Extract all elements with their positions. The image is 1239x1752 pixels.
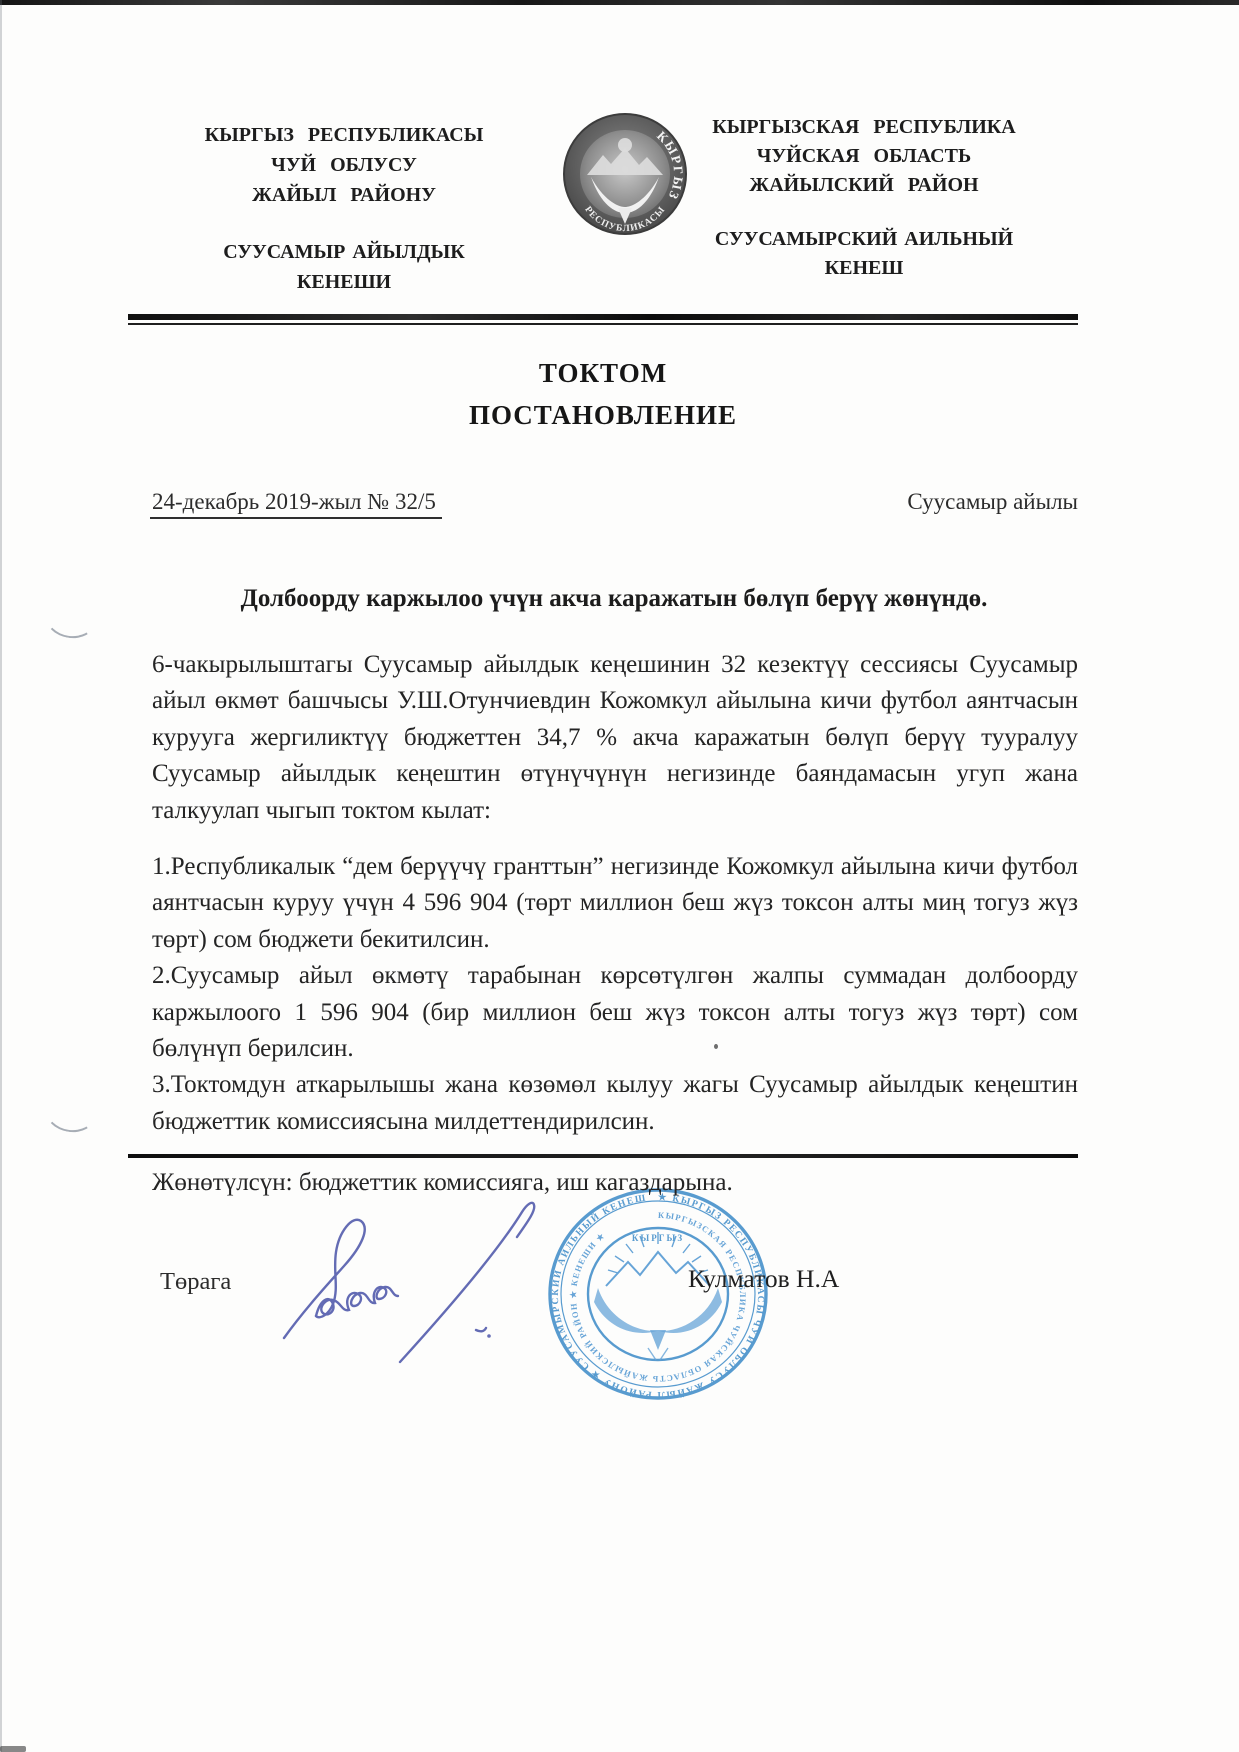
official-blue-seal: ★ КЫРГЫЗ РЕСПУБЛИКАСЫ ЧУЙ ОБЛУСУ ЖАЙЫЛ Р… bbox=[536, 1180, 780, 1408]
letterhead-line: ЧУЙСКАЯ ОБЛАСТЬ bbox=[694, 142, 1034, 171]
letterhead-org-line: КЕНЕШИ bbox=[148, 267, 540, 297]
letterhead-line: ЖАЙЫЛСКИЙ РАЙОН bbox=[694, 171, 1034, 200]
header-divider-rule bbox=[128, 314, 1078, 325]
seal-eagle-right-wing bbox=[659, 1288, 722, 1333]
resolution-item-2: 2.Суусамыр айыл өкмөтү тарабынан көрсөтү… bbox=[152, 958, 1078, 1067]
scan-left-edge bbox=[0, 0, 2, 1752]
intro-paragraph: 6-чакырылыштагы Суусамыр айылдык кеңешин… bbox=[152, 647, 1078, 829]
resolution-items: 1.Республикалык “дем берүүчү гранттын” н… bbox=[152, 849, 1078, 1140]
letterhead-line: КЫРГЫЗСКАЯ РЕСПУБЛИКА bbox=[694, 113, 1034, 142]
divider-thin-line bbox=[128, 323, 1078, 325]
letterhead-russian: КЫРГЫЗСКАЯ РЕСПУБЛИКА ЧУЙСКАЯ ОБЛАСТЬ ЖА… bbox=[694, 113, 1034, 283]
letterhead-org-line: СУУСАМЫР АЙЫЛДЫК bbox=[148, 237, 540, 267]
letterhead-org-line: СУУСАМЫРСКИЙ АИЛЬНЫЙ bbox=[694, 225, 1034, 254]
resolution-item-3: 3.Токтомдун аткарылышы жана көзөмөл кылу… bbox=[152, 1067, 1078, 1140]
letterhead-org: СУУСАМЫРСКИЙ АИЛЬНЫЙ КЕНЕШ bbox=[694, 225, 1034, 283]
subject-heading: Долбоорду каржылоо үчүн акча каражатын б… bbox=[150, 585, 1078, 613]
scanned-decree-page: КЫРГЫЗ РЕСПУБЛИКАСЫ ЧУЙ ОБЛУСУ ЖАЙЫЛ РАЙ… bbox=[0, 0, 1239, 1752]
resolution-item-1: 1.Республикалык “дем берүүчү гранттын” н… bbox=[152, 849, 1078, 958]
seal-eagle-left-wing bbox=[594, 1288, 657, 1333]
seal-eagle-tail bbox=[650, 1330, 666, 1350]
meta-row: 24-декабрь 2019-жыл № 32/5 Суусамыр айыл… bbox=[150, 489, 1078, 519]
letterhead-line: ЖАЙЫЛ РАЙОНУ bbox=[148, 180, 540, 210]
punch-hole-mark bbox=[44, 597, 99, 642]
signer-name: Кулматов Н.А bbox=[688, 1264, 839, 1294]
svg-text:★ КЫРГЫЗ РЕСПУБЛИКАСЫ ЧУЙ ОБЛУ: ★ КЫРГЫЗ РЕСПУБЛИКАСЫ ЧУЙ ОБЛУСУ ЖАЙЫЛ Р… bbox=[551, 1192, 765, 1400]
footer-divider-rule bbox=[128, 1154, 1078, 1158]
title-russian: ПОСТАНОВЛЕНИЕ bbox=[128, 394, 1078, 436]
letterhead-line: ЧУЙ ОБЛУСУ bbox=[148, 150, 540, 180]
seal-outer-ring-text: ★ КЫРГЫЗ РЕСПУБЛИКАСЫ ЧУЙ ОБЛУСУ ЖАЙЫЛ Р… bbox=[551, 1192, 765, 1400]
letterhead-kyrgyz: КЫРГЫЗ РЕСПУБЛИКАСЫ ЧУЙ ОБЛУСУ ЖАЙЫЛ РАЙ… bbox=[148, 120, 540, 297]
letterhead-org-line: КЕНЕШ bbox=[694, 254, 1034, 283]
signer-role: Төрага bbox=[160, 1268, 231, 1296]
title-kyrgyz: ТОКТОМ bbox=[128, 352, 1078, 394]
seal-center-top-text: КЫРГЫЗ bbox=[632, 1233, 684, 1243]
divider-thick-line bbox=[128, 314, 1078, 320]
place-label: Суусамыр айылы bbox=[907, 489, 1078, 515]
scan-smudge bbox=[0, 1746, 26, 1752]
document-title: ТОКТОМ ПОСТАНОВЛЕНИЕ bbox=[128, 352, 1078, 436]
punch-hole-mark bbox=[44, 1091, 99, 1136]
state-emblem-icon: КЫРГЫЗ РЕСПУБЛИКАСЫ bbox=[561, 111, 689, 237]
date-and-number: 24-декабрь 2019-жыл № 32/5 bbox=[150, 489, 442, 519]
letterhead-line: КЫРГЫЗ РЕСПУБЛИКАСЫ bbox=[148, 120, 540, 150]
letterhead-org: СУУСАМЫР АЙЫЛДЫК КЕНЕШИ bbox=[148, 237, 540, 297]
scan-top-edge bbox=[0, 0, 1239, 5]
handwritten-signature bbox=[270, 1190, 560, 1370]
